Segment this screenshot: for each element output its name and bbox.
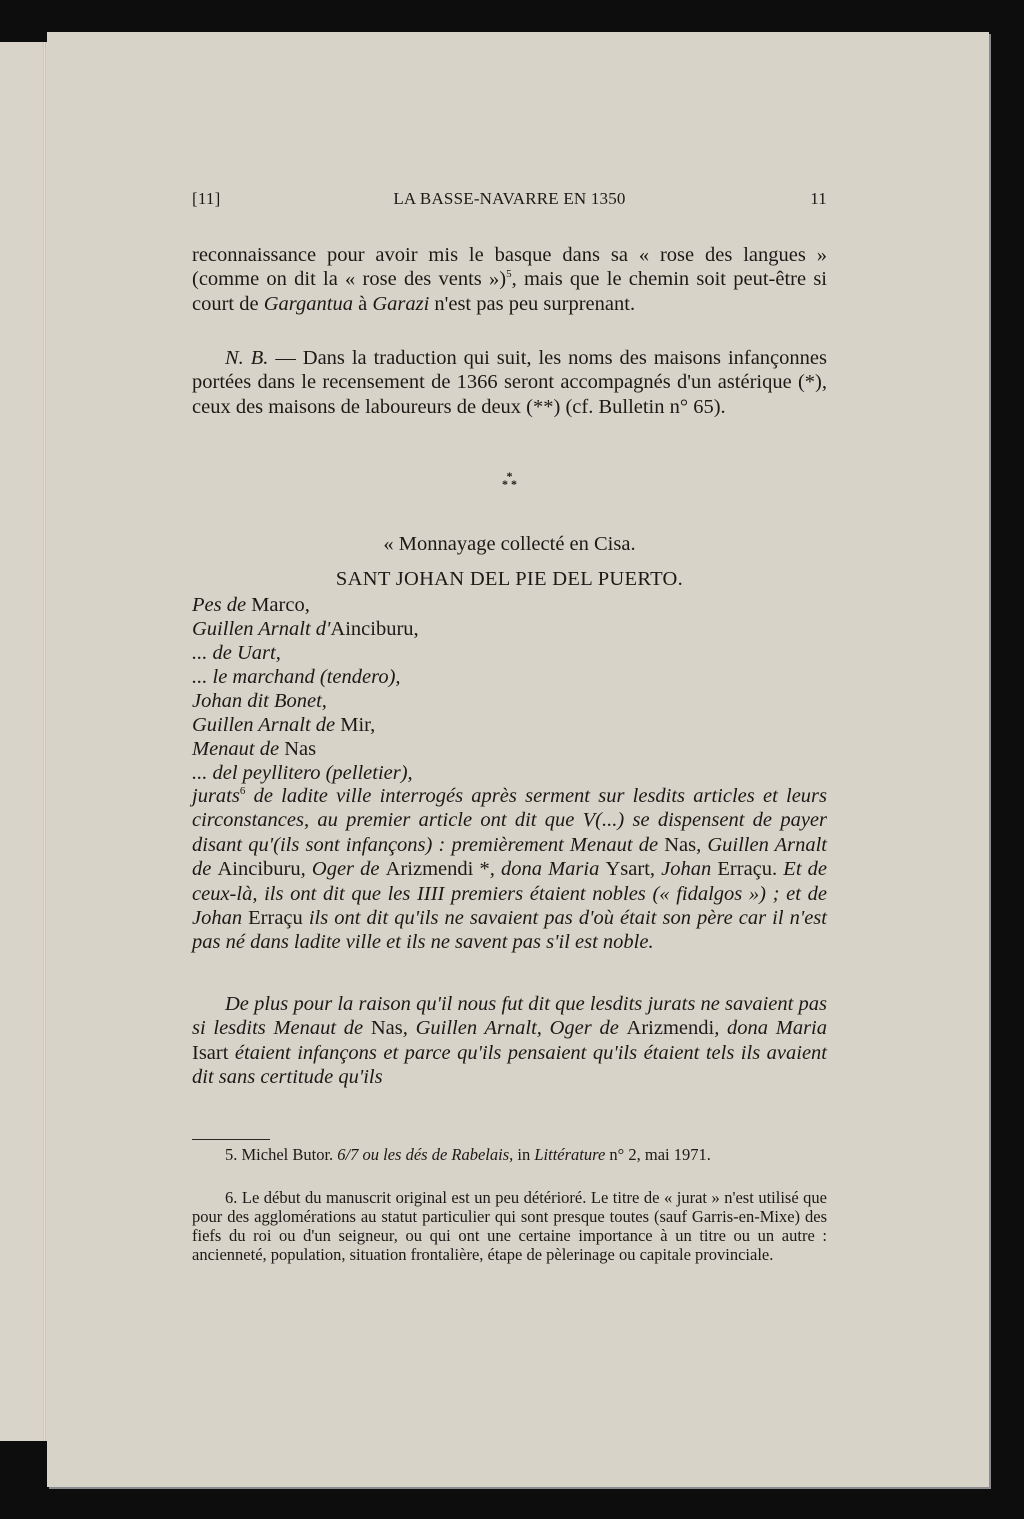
text-run: Nas <box>664 834 696 856</box>
page-number: 11 <box>810 189 827 209</box>
text-run: Erraçu <box>248 907 303 929</box>
text-run: 5. Michel Butor. <box>225 1145 337 1164</box>
book-spine <box>43 42 46 1441</box>
asterism-bottom: * * <box>192 480 827 488</box>
italic-run: Pes de <box>192 594 246 616</box>
header-title: LA BASSE-NAVARRE EN 1350 <box>192 189 827 209</box>
footnote-5: 5. Michel Butor. 6/7 ou les dés de Rabel… <box>192 1145 827 1164</box>
text-run: Marco, <box>246 594 310 616</box>
text-run: Isart <box>192 1042 228 1064</box>
list-item: Guillen Arnalt de Mir, <box>192 713 827 737</box>
list-item: Pes de Marco, <box>192 593 827 617</box>
text-run: n'est pas peu surprenant. <box>429 293 635 315</box>
italic-run: Gargantua <box>264 293 353 315</box>
facing-page-edge <box>0 42 47 1441</box>
footnote-6: 6. Le début du manuscrit original est un… <box>192 1188 827 1264</box>
italic-run: étaient infançons et parce qu'ils pensai… <box>192 1042 827 1088</box>
list-item: Guillen Arnalt d'Ainciburu, <box>192 617 827 641</box>
italic-run: Johan dit Bonet, <box>192 690 327 712</box>
italic-run: , dona Maria <box>714 1017 827 1039</box>
book-page: [11] LA BASSE-NAVARRE EN 1350 11 reconna… <box>47 32 989 1487</box>
names-list: Pes de Marco, Guillen Arnalt d'Ainciburu… <box>192 593 827 785</box>
list-item: ... del peyllitero (pelletier), <box>192 761 827 785</box>
text-run: Erraçu. <box>717 858 777 880</box>
italic-run: Garazi <box>372 293 429 315</box>
italic-run: jurats <box>192 785 240 807</box>
paragraph-nota-bene: N. B. — Dans la traduction qui suit, les… <box>192 346 827 419</box>
italic-run: , Oger de <box>301 858 386 880</box>
text-run: Arizmendi <box>627 1017 715 1039</box>
text-run: in <box>513 1145 534 1164</box>
italic-run: 6/7 ou les dés de Rabelais, <box>337 1145 513 1164</box>
italic-run: , Guillen Arnalt, Oger de <box>403 1017 627 1039</box>
text-run: Ainciburu, <box>330 618 418 640</box>
italic-run: ... de Uart, <box>192 642 281 664</box>
text-run: n° 2, mai 1971. <box>605 1145 711 1164</box>
italic-run: , dona Maria <box>490 858 606 880</box>
text-run: — Dans la traduction qui suit, les noms … <box>192 347 827 418</box>
place-heading: SANT JOHAN DEL PIE DEL PUERTO. <box>192 567 827 591</box>
italic-run: , Johan <box>650 858 718 880</box>
paragraph-jurats: jurats6 de ladite ville interrogés après… <box>192 784 827 955</box>
text-run: Ainciburu <box>218 858 301 880</box>
list-item: ... le marchand (tendero), <box>192 665 827 689</box>
text-run: à <box>353 293 372 315</box>
italic-run: Guillen Arnalt d' <box>192 618 330 640</box>
running-header: [11] LA BASSE-NAVARRE EN 1350 11 <box>192 189 827 213</box>
text-run: Arizmendi * <box>386 858 490 880</box>
italic-run: Menaut de <box>192 738 279 760</box>
italic-run: ... le marchand (tendero), <box>192 666 401 688</box>
footnote-divider <box>192 1139 270 1140</box>
paragraph-intro: reconnaissance pour avoir mis le basque … <box>192 243 827 316</box>
text-run: Ysart <box>606 858 650 880</box>
italic-run: Guillen Arnalt de <box>192 714 335 736</box>
text-run: Nas <box>279 738 316 760</box>
text-run: Mir, <box>335 714 375 736</box>
list-item: ... de Uart, <box>192 641 827 665</box>
italic-run: N. B. <box>225 347 268 369</box>
section-intro-quote: « Monnayage collecté en Cisa. <box>192 532 827 556</box>
list-item: Johan dit Bonet, <box>192 689 827 713</box>
italic-run: Littérature <box>534 1145 605 1164</box>
list-item: Menaut de Nas <box>192 737 827 761</box>
asterism-separator: * * * <box>192 472 827 488</box>
paragraph-de-plus: De plus pour la raison qu'il nous fut di… <box>192 992 827 1090</box>
text-run: Nas <box>371 1017 403 1039</box>
italic-run: ... del peyllitero (pelletier), <box>192 762 413 784</box>
